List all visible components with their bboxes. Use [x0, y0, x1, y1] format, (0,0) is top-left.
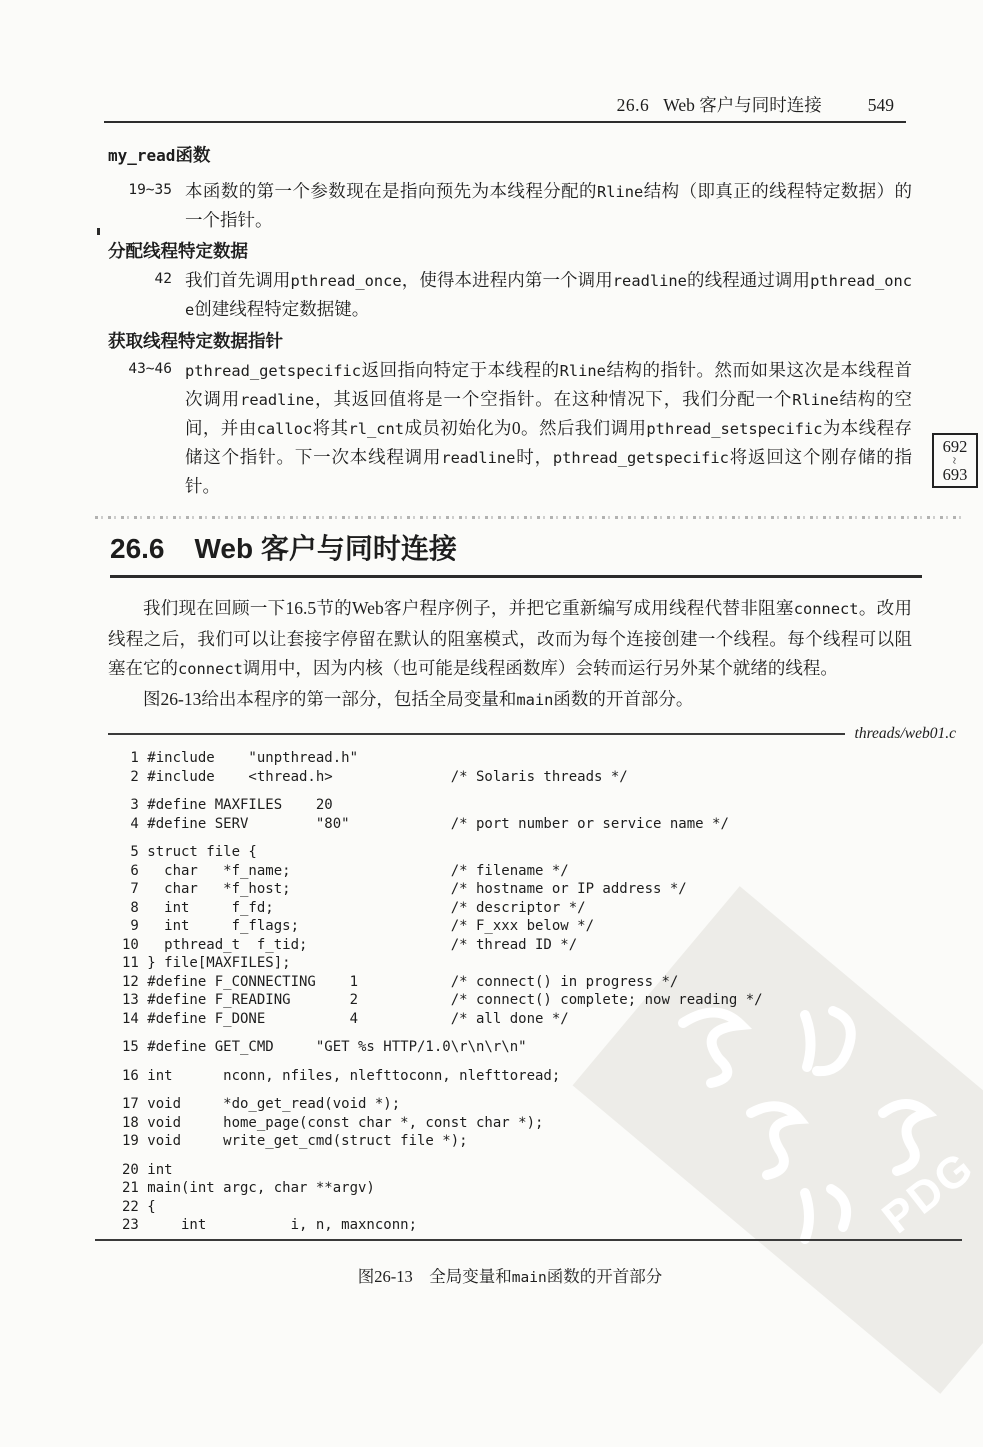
section-divider-dotted-rule [95, 516, 965, 519]
intro-paragraph: 我们现在回顾一下16.5节的Web客户程序例子，并把它重新编写成用线程代替非阻塞… [108, 594, 912, 685]
running-head-section-number: 26.6 [617, 95, 650, 116]
figure-top-rule: threads/web01.c [108, 725, 956, 743]
paragraph-heading-my-read: my_read函数 [108, 142, 912, 167]
figure-rule-line [108, 733, 845, 735]
paragraph-heading-alloc-tsd: 分配线程特定数据 [108, 239, 912, 263]
section-heading-number: 26.6 [110, 533, 165, 565]
code-listing: 1 #include "unpthread.h" 2 #include <thr… [108, 749, 956, 1235]
paragraph-heading-get-tsd-pointer: 获取线程特定数据指针 [108, 329, 912, 353]
section-intro: 我们现在回顾一下16.5节的Web客户程序例子，并把它重新编写成用线程代替非阻塞… [108, 594, 912, 715]
margin-tick [97, 228, 100, 235]
text-column: my_read函数 19~35 本函数的第一个参数现在是指向预先为本线程分配的R… [108, 142, 912, 1287]
margin-page-range-box: 692 ~ 693 [932, 433, 978, 488]
intro-paragraph: 图26-13给出本程序的第一部分，包括全局变量和main函数的开首部分。 [108, 685, 912, 716]
running-head-rule [104, 121, 906, 123]
figure-bottom-rule [95, 1239, 962, 1241]
figure-caption: 图26-13 全局变量和main函数的开首部分 [108, 1263, 912, 1287]
section-heading-title: Web 客户与同时连接 [195, 527, 457, 567]
commentary-text: 本函数的第一个参数现在是指向预先为本线程分配的Rline结构（即真正的线程特定数… [185, 177, 912, 234]
commentary-item: 43~46 pthread_getspecific返回指向特定于本线程的Rlin… [108, 356, 912, 500]
running-head: 26.6 Web 客户与同时连接 549 [108, 92, 894, 117]
commentary-text: 我们首先调用pthread_once，使得本进程内第一个调用readline的线… [185, 266, 912, 324]
page-number: 549 [868, 95, 894, 116]
line-range-label: 43~46 [108, 356, 172, 500]
line-range-label: 42 [108, 266, 172, 324]
commentary-item: 42 我们首先调用pthread_once，使得本进程内第一个调用readlin… [108, 266, 912, 324]
commentary-text: pthread_getspecific返回指向特定于本线程的Rline结构的指针… [185, 356, 912, 500]
margin-range-squiggle: ~ [951, 440, 960, 482]
section-heading: 26.6 Web 客户与同时连接 [110, 527, 922, 578]
line-range-label: 19~35 [108, 177, 172, 234]
commentary-item: 19~35 本函数的第一个参数现在是指向预先为本线程分配的Rline结构（即真正… [108, 177, 912, 234]
running-head-section-title: Web 客户与同时连接 [663, 92, 822, 117]
code-figure: threads/web01.c 1 #include "unpthread.h"… [108, 725, 956, 1287]
book-page: PDG 26.6 Web 客户与同时连接 549 692 ~ 693 my_re… [0, 0, 983, 1447]
figure-source-label: threads/web01.c [855, 725, 956, 743]
